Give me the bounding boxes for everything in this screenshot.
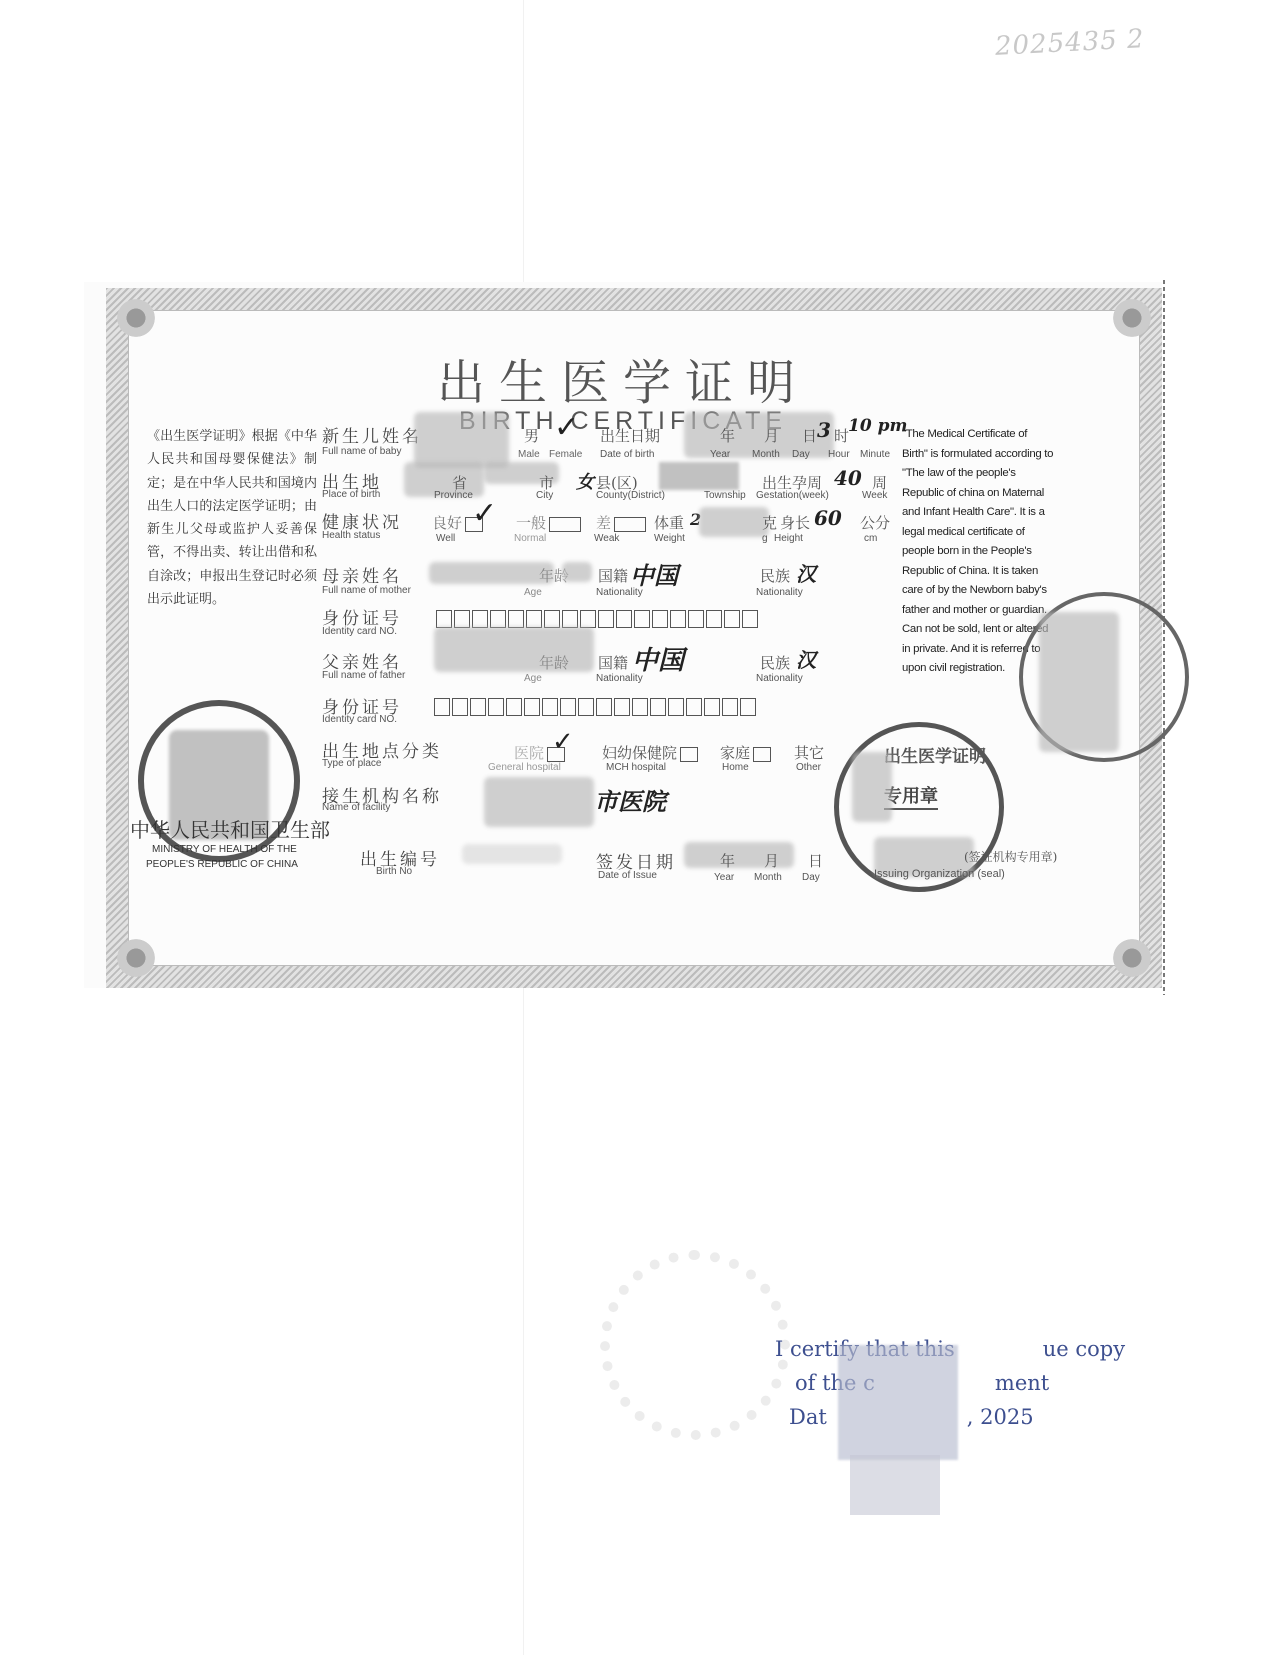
label-cm-cn: 公分 [860, 512, 890, 533]
id-digit-box[interactable] [742, 610, 758, 628]
label-other-cn: 其它 [794, 742, 824, 763]
mother-id-boxes[interactable] [436, 610, 758, 628]
redacted-birth-no [462, 844, 562, 864]
label-weight-en: Weight [654, 533, 685, 544]
certify-text-3b: , 2025 [967, 1405, 1034, 1429]
label-father-nationality-cn: 国籍 [598, 652, 628, 673]
id-digit-box[interactable] [506, 698, 522, 716]
label-father-ethnic-cn: 民族 [760, 652, 790, 673]
id-digit-box[interactable] [526, 610, 542, 628]
id-digit-box[interactable] [740, 698, 756, 716]
redacted-mother-age [562, 562, 592, 582]
label-township-en: Township [704, 490, 746, 501]
id-digit-box[interactable] [508, 610, 524, 628]
seal-label-en: Issuing Organization (seal) [874, 868, 1005, 880]
redacted-edge-seal [1039, 612, 1119, 752]
redacted-township [659, 462, 739, 490]
birth-minute-value: 10 pm [848, 416, 907, 436]
label-other-en: Other [796, 762, 821, 773]
label-month-en: Month [752, 449, 780, 460]
id-digit-box[interactable] [614, 698, 630, 716]
redacted-signature-lower [850, 1455, 940, 1515]
facility-value: 市医院 [594, 782, 666, 817]
id-digit-box[interactable] [580, 610, 596, 628]
label-mother-id-en: Identity card NO. [322, 626, 397, 637]
label-mother-name-cn: 母亲姓名 [322, 562, 402, 587]
ministry-english-line1: MINISTRY OF HEALTH OF THE [152, 844, 297, 855]
option-weak: 差 [596, 512, 646, 533]
checkbox-normal[interactable] [549, 517, 581, 532]
id-digit-box[interactable] [724, 610, 740, 628]
label-year-en: Year [710, 449, 730, 460]
label-hour-cn: 时 [834, 425, 849, 446]
father-ethnic-value: 汉 [796, 644, 816, 673]
id-digit-box[interactable] [616, 610, 632, 628]
redacted-facility [484, 777, 594, 827]
certify-text-3a: Dat [789, 1405, 827, 1429]
id-digit-box[interactable] [722, 698, 738, 716]
ministry-english-line2: PEOPLE'S REPUBLIC OF CHINA [146, 859, 298, 870]
id-digit-box[interactable] [434, 698, 450, 716]
redacted-mother-name [429, 562, 554, 584]
seal-text-top: 出生医学证明 [884, 742, 986, 767]
check-mark-icon: ✓ [554, 410, 579, 445]
label-father-ethnic-en: Nationality [756, 673, 803, 684]
label-gram-cn: 克 [762, 512, 777, 533]
faint-embossed-seal [600, 1250, 790, 1440]
label-father-id-en: Identity card NO. [322, 714, 397, 725]
id-digit-box[interactable] [524, 698, 540, 716]
id-digit-box[interactable] [542, 698, 558, 716]
label-day-cn: 日 [802, 425, 817, 446]
option-mch-hospital: 妇幼保健院 [602, 742, 698, 763]
id-digit-box[interactable] [562, 610, 578, 628]
label-facility-en: Name of facility [322, 802, 390, 813]
label-day-en: Day [792, 449, 810, 460]
county-value: 女 [576, 468, 594, 494]
id-digit-box[interactable] [688, 610, 704, 628]
id-digit-box[interactable] [454, 610, 470, 628]
id-digit-box[interactable] [436, 610, 452, 628]
label-county-en: County(District) [596, 490, 665, 501]
redacted-seal-left [852, 752, 892, 822]
redacted-father-name [434, 627, 594, 672]
label-weight-cn: 体重 [654, 512, 684, 533]
id-digit-box[interactable] [490, 610, 506, 628]
ministry-chinese: 中华人民共和国卫生部 [130, 814, 330, 843]
corner-ornament-icon [114, 936, 158, 980]
label-mother-ethnic-en: Nationality [756, 587, 803, 598]
corner-ornament-icon [1110, 296, 1154, 340]
id-digit-box[interactable] [578, 698, 594, 716]
id-digit-box[interactable] [686, 698, 702, 716]
label-dob-en: Date of birth [600, 449, 654, 460]
label-weak-cn: 差 [596, 514, 611, 532]
corner-ornament-icon [1110, 936, 1154, 980]
id-digit-box[interactable] [706, 610, 722, 628]
mother-nationality-value: 中国 [630, 556, 678, 591]
id-digit-box[interactable] [488, 698, 504, 716]
checkbox-home[interactable] [753, 747, 771, 762]
label-gestation-en: Gestation(week) [756, 490, 829, 501]
handwritten-reference-number: 2025435 2 [994, 24, 1145, 62]
label-general-hospital-en: General hospital [488, 762, 561, 773]
id-digit-box[interactable] [704, 698, 720, 716]
id-digit-box[interactable] [670, 610, 686, 628]
label-female-en: Female [549, 449, 582, 460]
id-digit-box[interactable] [652, 610, 668, 628]
label-well-cn: 良好 [432, 514, 462, 532]
certify-text-2b: ment [995, 1371, 1049, 1395]
id-digit-box[interactable] [472, 610, 488, 628]
label-issue-year-cn: 年 [720, 850, 735, 871]
corner-ornament-icon [114, 296, 158, 340]
redacted-signature-block [838, 1345, 958, 1460]
check-mark-icon: ✓ [472, 496, 497, 531]
check-mark-icon: ✓ [552, 727, 574, 757]
label-home-cn: 家庭 [720, 744, 750, 762]
label-cm-en: cm [864, 533, 877, 544]
seal-label-cn: (签证机构专用章) [964, 848, 1057, 865]
father-nationality-value: 中国 [632, 640, 684, 677]
label-date-of-issue-en: Date of Issue [598, 870, 657, 881]
seal-text-mid: 专用章 [884, 782, 938, 810]
id-digit-box[interactable] [668, 698, 684, 716]
height-value: 60 [814, 506, 842, 530]
label-year-cn: 年 [720, 425, 735, 446]
label-issue-month-en: Month [754, 872, 782, 883]
label-hour-en: Hour [828, 449, 850, 460]
certify-text-1b: ue copy [1043, 1337, 1125, 1361]
label-mother-nationality-cn: 国籍 [598, 565, 628, 586]
redacted-baby-name [414, 412, 509, 468]
label-province-en: Province [434, 490, 473, 501]
id-digit-box[interactable] [650, 698, 666, 716]
option-normal: 一般 [516, 512, 581, 533]
label-mother-ethnic-cn: 民族 [760, 565, 790, 586]
id-digit-box[interactable] [452, 698, 468, 716]
label-city-en: City [536, 490, 553, 501]
label-issue-day-cn: 日 [808, 850, 823, 871]
mother-ethnic-value: 汉 [796, 558, 816, 587]
title-chinese: 出生医学证明 [84, 344, 1162, 413]
label-general-hospital-cn: 医院 [514, 744, 544, 762]
label-minute-en: Minute [860, 449, 890, 460]
label-issue-month-cn: 月 [764, 850, 779, 871]
label-baby-name-cn: 新生儿姓名 [322, 422, 422, 447]
label-issue-year-en: Year [714, 872, 734, 883]
label-mch-hospital-cn: 妇幼保健院 [602, 744, 677, 762]
label-health-en: Health status [322, 530, 380, 541]
label-dob-cn: 出生日期 [600, 425, 660, 446]
label-father-age-en: Age [524, 673, 542, 684]
label-home-en: Home [722, 762, 749, 773]
label-week-en: Week [862, 490, 887, 501]
label-father-name-en: Full name of father [322, 670, 405, 681]
label-weak-en: Weak [594, 533, 619, 544]
label-month-cn: 月 [764, 425, 779, 446]
label-height-cn: 身长 [780, 512, 810, 533]
label-mother-age-en: Age [524, 587, 542, 598]
label-place-of-birth-en: Place of birth [322, 489, 380, 500]
checkbox-weak[interactable] [614, 517, 646, 532]
checkbox-mch-hospital[interactable] [680, 747, 698, 762]
id-digit-box[interactable] [598, 610, 614, 628]
label-mch-hospital-en: MCH hospital [606, 762, 666, 773]
label-father-age-cn: 年龄 [539, 652, 569, 673]
id-digit-box[interactable] [560, 698, 576, 716]
label-normal-cn: 一般 [516, 514, 546, 532]
label-male-en: Male [518, 449, 540, 460]
label-height-en: Height [774, 533, 803, 544]
label-gram-en: g [762, 533, 768, 544]
id-digit-box[interactable] [634, 610, 650, 628]
label-well-en: Well [436, 533, 455, 544]
label-birth-no-en: Birth No [376, 866, 412, 877]
label-mother-name-en: Full name of mother [322, 585, 411, 596]
id-digit-box[interactable] [632, 698, 648, 716]
option-home: 家庭 [720, 742, 771, 763]
redacted-weight [699, 507, 769, 537]
label-issue-day-en: Day [802, 872, 820, 883]
id-digit-box[interactable] [596, 698, 612, 716]
gestation-value: 40 [834, 466, 862, 490]
id-digit-box[interactable] [544, 610, 560, 628]
id-digit-box[interactable] [470, 698, 486, 716]
label-male-cn: 男 [524, 425, 539, 446]
label-normal-en: Normal [514, 533, 546, 544]
birth-hour-value: 3 [817, 418, 831, 442]
birth-certificate: 出生医学证明 BIRTH CERTIFICATE 《出生医学证明》根据《中华人民… [84, 282, 1162, 988]
label-type-of-place-en: Type of place [322, 758, 381, 769]
label-baby-name-en: Full name of baby [322, 446, 402, 457]
legal-note-chinese: 《出生医学证明》根据《中华人民共和国母婴保健法》制定；是在中华人民共和国境内出生… [147, 425, 317, 611]
father-id-boxes[interactable] [434, 698, 756, 716]
